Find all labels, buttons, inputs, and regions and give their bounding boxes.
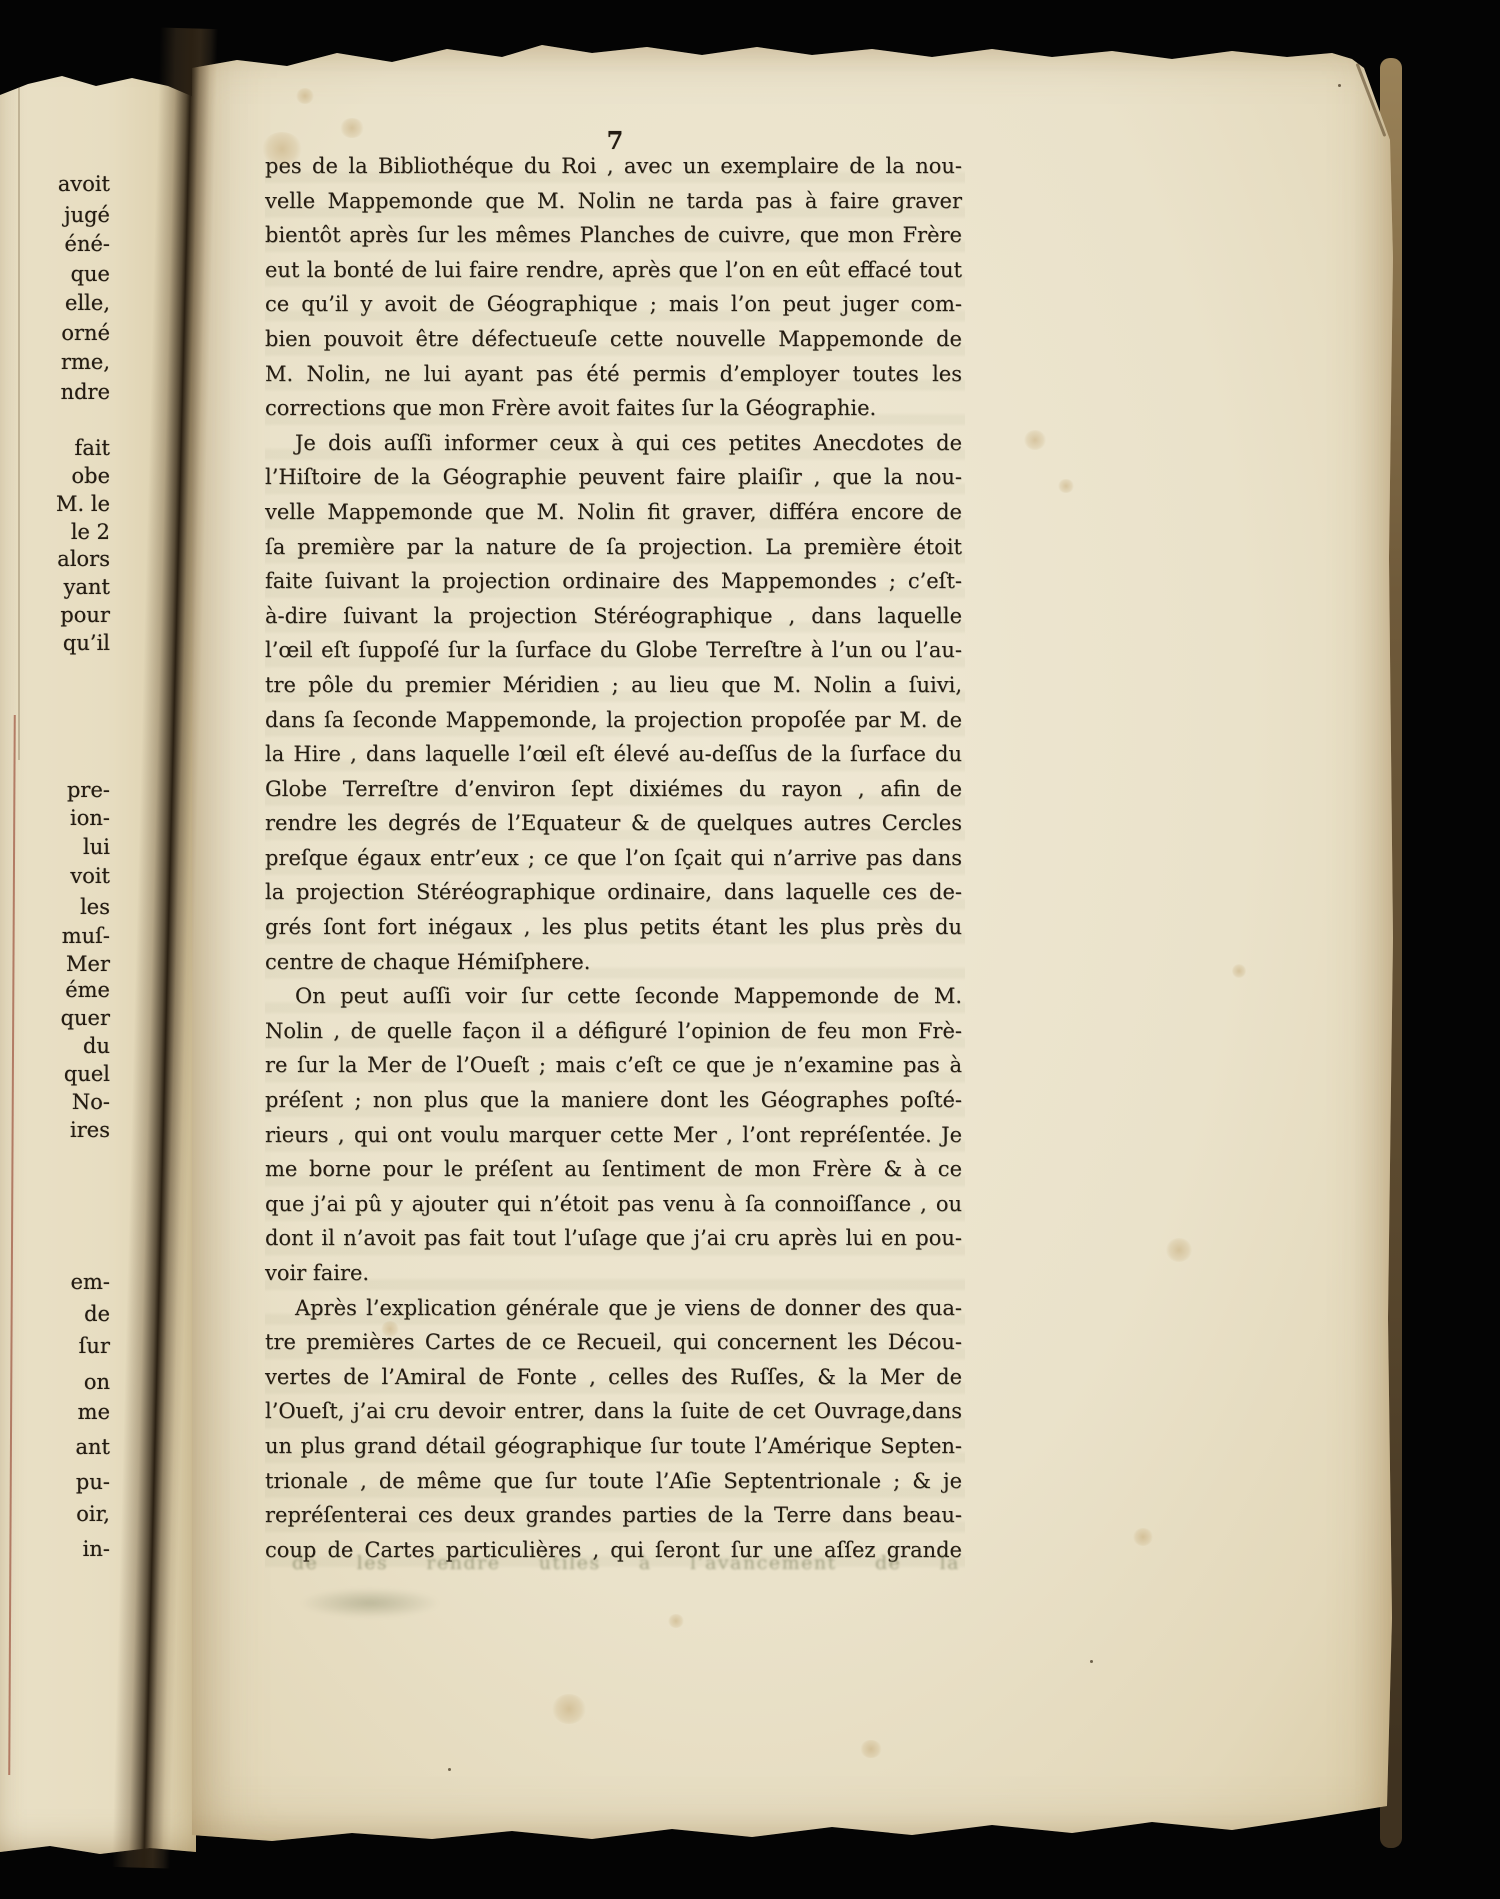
facing-page-fragment: orné <box>61 321 110 345</box>
text-line: ſa première par la nature de ſa projecti… <box>265 530 962 565</box>
text-line: ce qu’il y avoit de Géographique ; mais … <box>265 287 962 322</box>
text-line: trionale , de même que ſur toute l’Aſie … <box>265 1464 962 1499</box>
facing-page-fragment: lui <box>83 835 110 859</box>
text-line: On peut auſſi voir ſur cette ſeconde Map… <box>265 979 962 1014</box>
text-line: préſent ; non plus que la maniere dont l… <box>265 1083 962 1118</box>
facing-page-fragment: me <box>78 1400 110 1424</box>
facing-page-fragment: les <box>80 895 110 919</box>
text-line: tre pôle du premier Méridien ; au lieu q… <box>265 668 962 703</box>
facing-page-fragments: avoitjugééné-queelle,ornérme,ndrefaitobe… <box>0 0 116 1899</box>
speck <box>1090 1660 1093 1663</box>
text-line: Globe Terreſtre d’environ ſept dixiémes … <box>265 772 962 807</box>
facing-page-fragment: pour <box>60 603 110 627</box>
facing-page-fragment: yant <box>64 575 110 599</box>
facing-page-fragment: avoit <box>58 172 110 196</box>
text-line: preſque égaux entr’eux ; ce que l’on ſça… <box>265 841 962 876</box>
text-line: M. Nolin, ne lui ayant pas été permis d’… <box>265 357 962 392</box>
text-line: centre de chaque Hémiſphere. <box>265 945 962 980</box>
facing-page-fragment: de <box>84 1302 110 1326</box>
text-line: Je dois auſſi informer ceux à qui ces pe… <box>265 426 962 461</box>
text-line: eut la bonté de lui faire rendre, après … <box>265 253 962 288</box>
facing-page-fragment: in- <box>83 1537 110 1561</box>
text-line: grés ſont fort inégaux , les plus petits… <box>265 910 962 945</box>
facing-page-fragment: oir, <box>76 1502 110 1526</box>
facing-page-fragment: alors <box>57 547 110 571</box>
text-line: repréſenterai ces deux grandes parties d… <box>265 1498 962 1533</box>
book-page-scan: avoitjugééné-queelle,ornérme,ndrefaitobe… <box>0 0 1500 1899</box>
text-line: dont il n’avoit pas fait tout l’uſage qu… <box>265 1221 962 1256</box>
facing-page-fragment: ires <box>70 1118 110 1142</box>
facing-page-fragment: le 2 <box>71 520 110 544</box>
text-line: faite ſuivant la projection ordinaire de… <box>265 564 962 599</box>
text-line: bientôt après ſur les mêmes Planches de … <box>265 218 962 253</box>
facing-page-fragment: elle, <box>65 291 110 315</box>
speck <box>448 1768 451 1771</box>
facing-page-fragment: muſ- <box>62 924 110 948</box>
facing-page-fragment: jugé <box>64 203 110 227</box>
text-line: l’œil eſt ſuppoſé ſur la ſurface du Glob… <box>265 633 962 668</box>
showthrough-blot <box>300 1588 440 1618</box>
facing-page-fragment: quer <box>61 1006 110 1030</box>
facing-page-fragment: ant <box>76 1435 110 1459</box>
page-text-block: pes de la Bibliothéque du Roi , avec un … <box>265 149 962 1567</box>
text-line: velle Mappemonde que M. Nolin ne tarda p… <box>265 184 962 219</box>
text-line: corrections que mon Frère avoit faites ſ… <box>265 391 962 426</box>
facing-page-fragment: quel <box>64 1062 110 1086</box>
text-line: à-dire ſuivant la projection Stéréograph… <box>265 599 962 634</box>
text-line: me borne pour le préſent au ſentiment de… <box>265 1152 962 1187</box>
text-line: re ſur la Mer de l’Oueſt ; mais c’eſt ce… <box>265 1048 962 1083</box>
text-line: tre premières Cartes de ce Recueil, qui … <box>265 1325 962 1360</box>
facing-page-fragment: No- <box>72 1090 110 1114</box>
facing-page-fragment: M. le <box>56 492 110 516</box>
text-line: dans ſa ſeconde Mappemonde, la projectio… <box>265 703 962 738</box>
facing-page-fragment: pre- <box>67 778 110 802</box>
facing-page-fragment: du <box>83 1034 110 1058</box>
speck <box>1338 84 1341 87</box>
text-line: pes de la Bibliothéque du Roi , avec un … <box>265 149 962 184</box>
facing-page-fragment: on <box>84 1370 110 1394</box>
text-line: rieurs , qui ont voulu marquer cette Mer… <box>265 1118 962 1153</box>
facing-page-fragment: ſur <box>79 1334 110 1358</box>
facing-page-fragment: ion- <box>70 806 110 830</box>
text-line: bien pouvoit être défectueuſe cette nouv… <box>265 322 962 357</box>
facing-page-fragment: pu- <box>76 1470 110 1494</box>
facing-page-fragment: voit <box>70 864 110 888</box>
text-line: la Hire , dans laquelle l’œil eſt élevé … <box>265 737 962 772</box>
facing-page-fragment: rme, <box>61 350 110 374</box>
text-line: rendre les degrés de l’Equateur & de que… <box>265 806 962 841</box>
text-line: Après l’explication générale que je vien… <box>265 1291 962 1326</box>
facing-page-fragment: Mer <box>66 952 110 976</box>
facing-page-fragment: obe <box>71 464 110 488</box>
text-line: Nolin , de quelle façon il a défiguré l’… <box>265 1014 962 1049</box>
text-line: la projection Stéréographique ordinaire,… <box>265 875 962 910</box>
text-line: vertes de l’Amiral de Fonte , celles des… <box>265 1360 962 1395</box>
showthrough-text: de les rendre utiles à l’avancement de l… <box>292 1552 960 1574</box>
text-line: l’Hiſtoire de la Géographie peuvent fair… <box>265 460 962 495</box>
text-line: un plus grand détail géographique ſur to… <box>265 1429 962 1464</box>
facing-page-fragment: éné- <box>65 232 110 256</box>
text-line: voir faire. <box>265 1256 962 1291</box>
facing-page-fragment: ndre <box>61 380 110 404</box>
facing-page-fragment: qu’il <box>63 631 110 655</box>
text-line: velle Mappemonde que M. Nolin fit graver… <box>265 495 962 530</box>
text-line: l’Oueſt, j’ai cru devoir entrer, dans la… <box>265 1394 962 1429</box>
facing-page-fragment: em- <box>71 1270 110 1294</box>
facing-page-fragment: éme <box>65 978 110 1002</box>
facing-page-fragment: que <box>71 262 110 286</box>
text-line: que j’ai pû y ajouter qui n’étoit pas ve… <box>265 1187 962 1222</box>
facing-page-fragment: fait <box>75 436 110 460</box>
